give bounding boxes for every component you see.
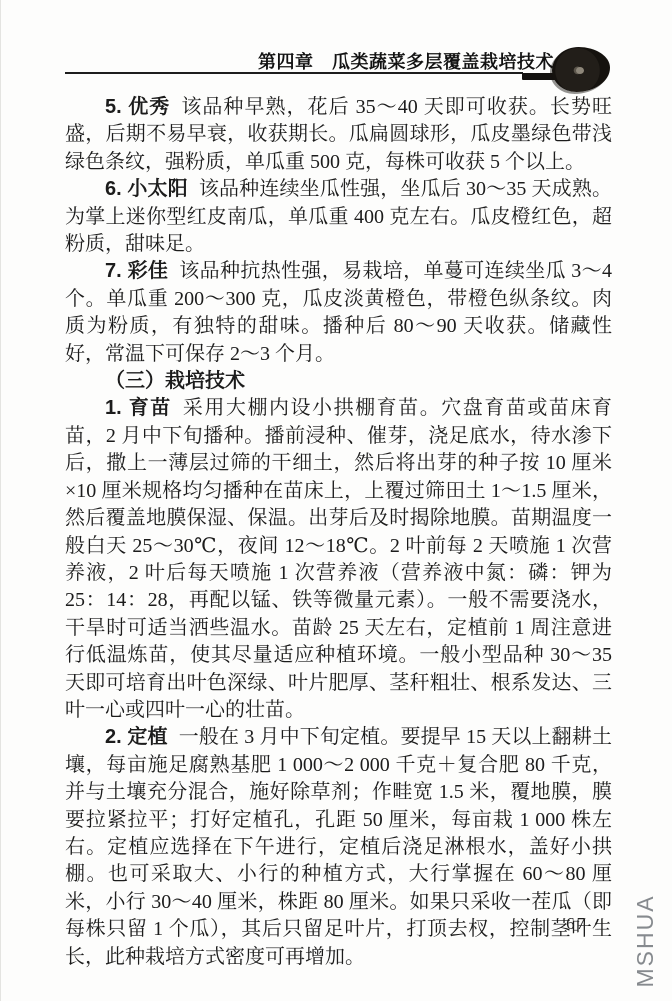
- rosette-core-icon: [576, 67, 584, 74]
- transplanting-text: 一般在 3 月中下旬定植。要提早 15 天以上翻耕土壤，每亩施足腐熟基肥 1 0…: [65, 726, 612, 967]
- variety-5-label: 5. 优秀: [105, 96, 170, 118]
- paragraph-variety-7: 7. 彩佳该品种抗热性强，易栽培，单蔓可连续坐瓜 3～4 个。单瓜重 200～3…: [65, 258, 612, 368]
- page-body: 5. 优秀该品种早熟，花后 35～40 天即可收获。长势旺盛，后期不易早衰，收获…: [65, 94, 612, 971]
- paragraph-variety-6: 6. 小太阳该品种连续坐瓜性强，坐瓜后 30～35 天成熟。为掌上迷你型红皮南瓜…: [65, 176, 612, 258]
- rosette-stamp-icon: [552, 47, 610, 92]
- chapter-title: 第四章 瓜类蔬菜多层覆盖栽培技术: [258, 48, 554, 74]
- section-heading-cultivation: （三）栽培技术: [65, 368, 612, 395]
- page-number: · 67 ·: [552, 914, 601, 934]
- variety-7-label: 7. 彩佳: [105, 260, 168, 282]
- variety-6-label: 6. 小太阳: [105, 178, 188, 200]
- paragraph-transplanting: 2. 定植一般在 3 月中下旬定植。要提早 15 天以上翻耕土壤，每亩施足腐熟基…: [65, 724, 612, 971]
- seedling-label: 1. 育苗: [105, 397, 172, 419]
- seedling-text: 采用大棚内设小拱棚育苗。穴盘育苗或苗床育苗，2 月中下旬播种。播前浸种、催芽，浇…: [65, 397, 612, 720]
- transplanting-label: 2. 定植: [105, 726, 168, 748]
- paragraph-variety-5: 5. 优秀该品种早熟，花后 35～40 天即可收获。长势旺盛，后期不易早衰，收获…: [65, 94, 612, 176]
- paragraph-seedling: 1. 育苗采用大棚内设小拱棚育苗。穴盘育苗或苗床育苗，2 月中下旬播种。播前浸种…: [65, 395, 612, 724]
- book-page: 第四章 瓜类蔬菜多层覆盖栽培技术 5. 优秀该品种早熟，花后 35～40 天即可…: [0, 0, 672, 1001]
- watermark: MSHUA: [632, 881, 658, 1001]
